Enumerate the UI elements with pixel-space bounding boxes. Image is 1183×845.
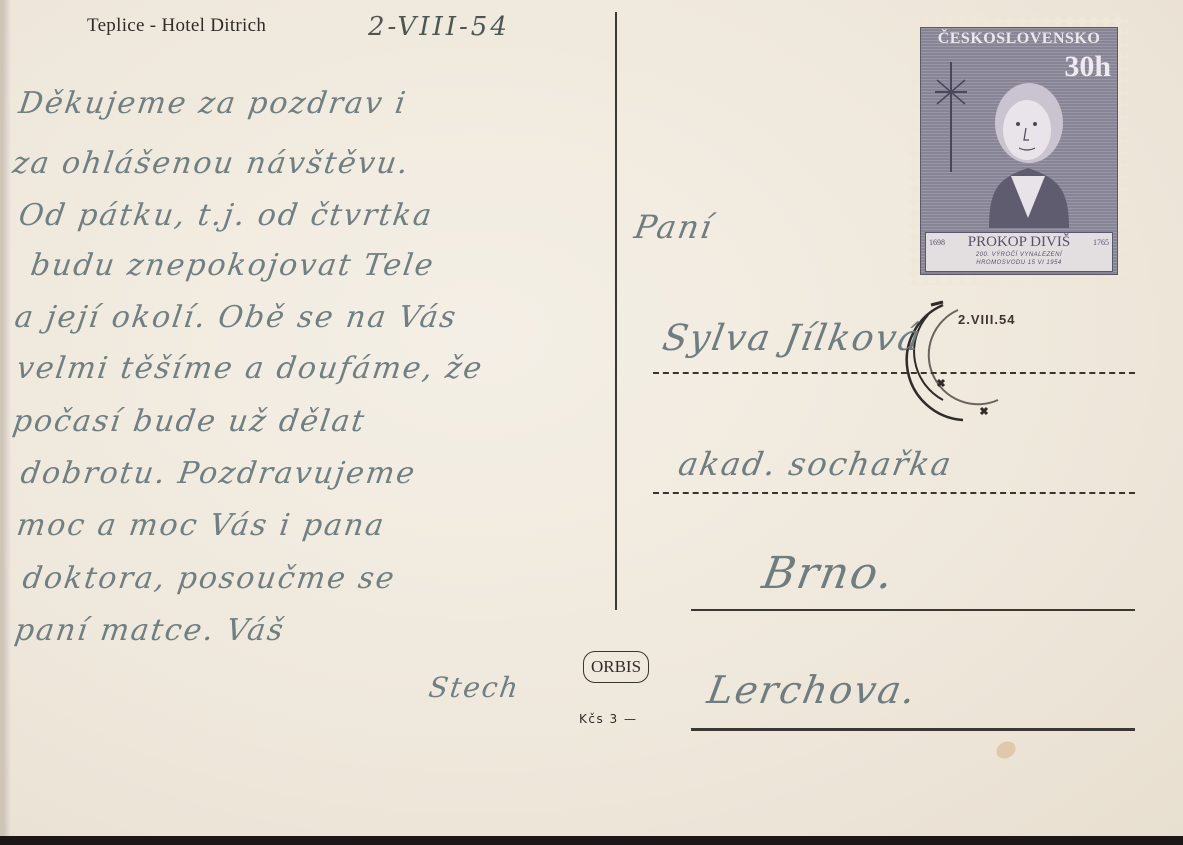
address-street: Lerchova. bbox=[704, 668, 920, 712]
address-line-2 bbox=[653, 492, 1135, 494]
printed-header: Teplice - Hotel Ditrich bbox=[87, 15, 266, 37]
stamp-caption: 1698 PROKOP DIVIŠ 1765 200. VÝROČÍ VYNAL… bbox=[925, 232, 1113, 272]
stamp-name: PROKOP DIVIŠ bbox=[926, 234, 1112, 251]
message-line: paní matce. Váš bbox=[13, 613, 288, 648]
address-title: akad. sochařka bbox=[676, 445, 956, 483]
postmark-icon bbox=[903, 290, 1053, 430]
stamp-subtitle: 200. VÝROČÍ VYNALEZENÍ bbox=[926, 252, 1112, 258]
address-line-4 bbox=[691, 728, 1135, 731]
postage-stamp: ČESKOSLOVENSKO 30h 1698 PROKOP DIVIŠ 176… bbox=[920, 27, 1118, 275]
address-line-1 bbox=[653, 372, 1135, 374]
postcard-back: Teplice - Hotel Ditrich 2-VIII-54 Děkuje… bbox=[0, 0, 1183, 836]
lightning-rod-icon bbox=[931, 62, 971, 172]
message-line: dobrotu. Pozdravujeme bbox=[19, 456, 419, 491]
message-line: za ohlášenou návštěvu. bbox=[11, 146, 413, 181]
portrait-icon bbox=[969, 68, 1087, 228]
price-label: Kčs 3 — bbox=[579, 712, 637, 726]
address-name: Sylva Jílková bbox=[659, 318, 925, 359]
stamp-year-right: 1765 bbox=[1093, 238, 1109, 247]
message-line: budu znepokojovat Tele bbox=[29, 248, 437, 283]
postmark-date: 2.VIII.54 bbox=[958, 312, 1015, 327]
message-line: a její okolí. Obě se na Vás bbox=[13, 300, 460, 335]
address-salutation: Paní bbox=[632, 208, 717, 246]
address-line-3 bbox=[691, 609, 1135, 611]
handwritten-date: 2-VIII-54 bbox=[368, 12, 510, 42]
signature: Stech bbox=[427, 671, 522, 704]
stamp-subtitle: HROMOSVODU 15 VI 1954 bbox=[926, 260, 1112, 266]
vertical-divider bbox=[615, 12, 617, 610]
address-city: Brno. bbox=[759, 548, 899, 599]
message-line: Děkujeme za pozdrav i bbox=[17, 86, 410, 121]
publisher-logo: ORBIS bbox=[583, 651, 649, 683]
message-line: doktora, posoučme se bbox=[21, 561, 399, 596]
stamp-country: ČESKOSLOVENSKO bbox=[921, 30, 1117, 48]
message-line: velmi těšíme a doufáme, že bbox=[15, 351, 486, 386]
message-line: počasí bude už dělat bbox=[11, 404, 369, 439]
message-line: Od pátku, t.j. od čtvrtka bbox=[17, 198, 436, 233]
paper-stain bbox=[993, 738, 1018, 762]
message-line: moc a moc Vás i pana bbox=[15, 508, 388, 543]
